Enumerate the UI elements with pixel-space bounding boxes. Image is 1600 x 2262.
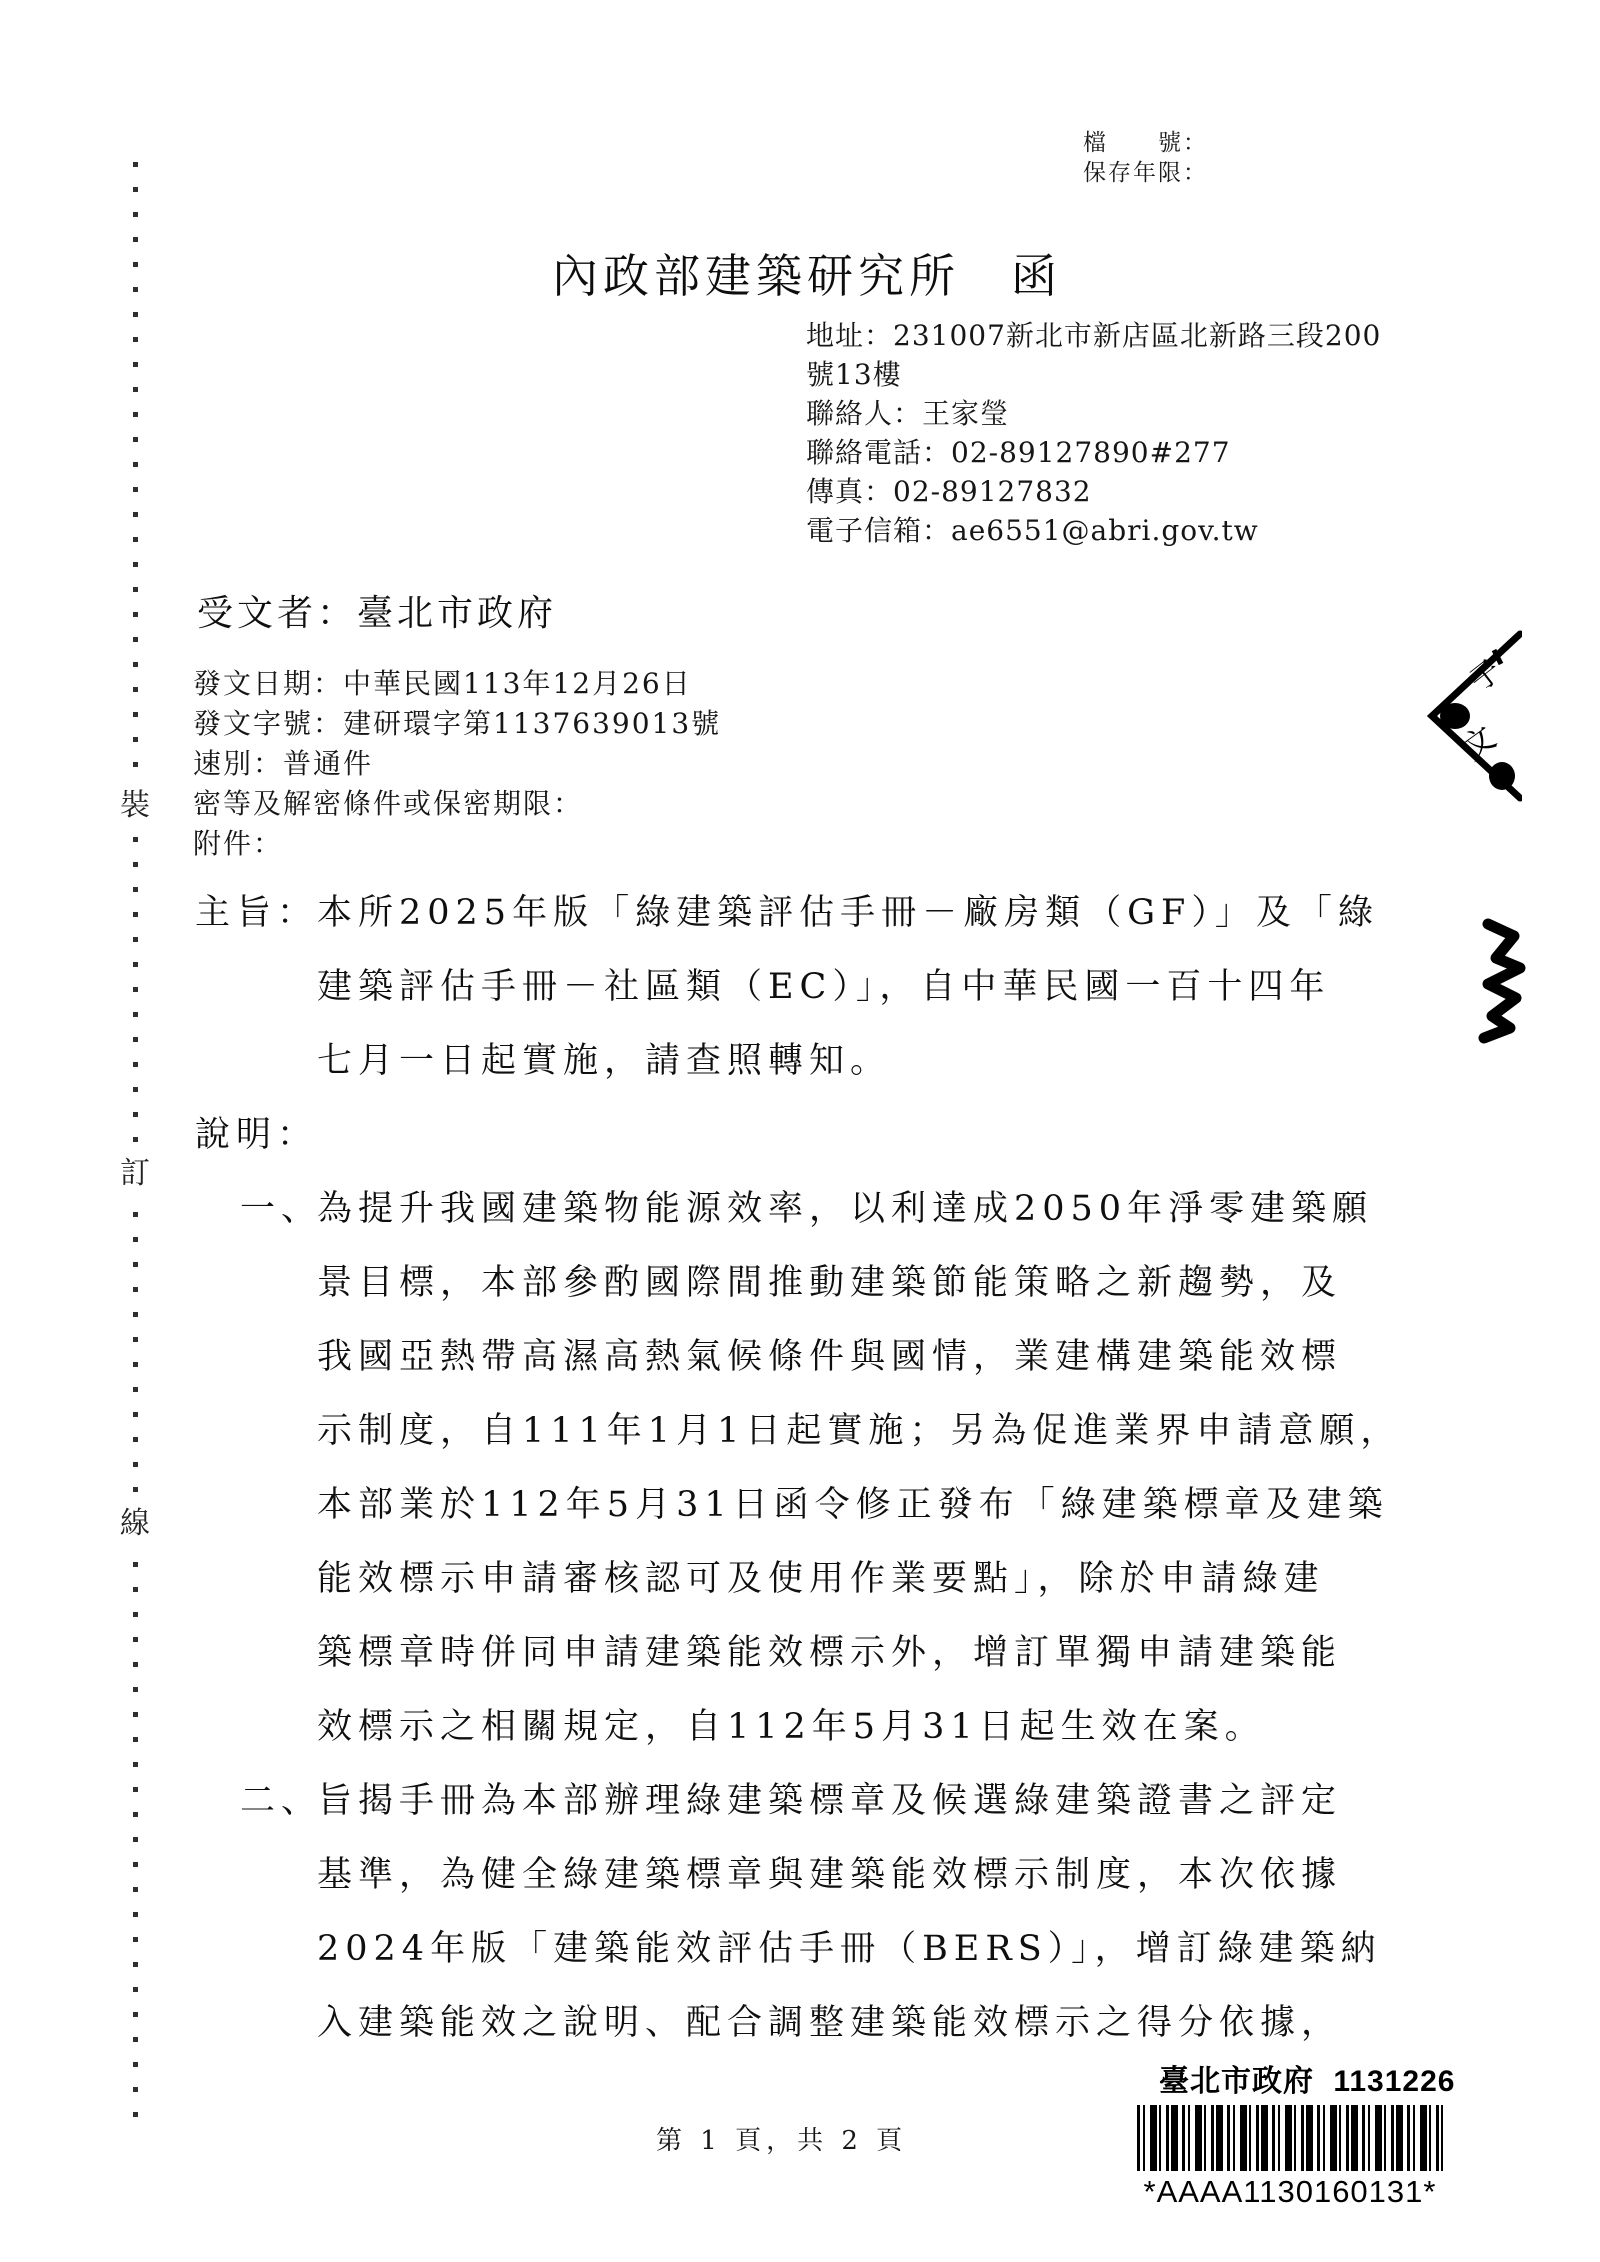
explanation-item-1: 一、 為提升我國建築物能源效率，以利達成2050年淨零建築願 景目標，本部參酌國…: [195, 1172, 1401, 1764]
subject-line: 七月一日起實施，請查照轉知。: [317, 1024, 1401, 1098]
binding-mark-zhuang: 裝: [114, 775, 156, 829]
file-no-label: 檔 號：: [1083, 128, 1208, 158]
ink-stamp-graphic: [1452, 916, 1532, 1046]
letter-body: 主旨： 本所2025年版「綠建築評估手冊－廠房類（GF）」及「綠 建築評估手冊－…: [195, 876, 1401, 2060]
issue-date: 發文日期：中華民國113年12月26日: [193, 664, 721, 704]
page-number-footer: 第 1 頁，共 2 頁: [656, 2120, 907, 2157]
recipient-line: 受文者：臺北市政府: [197, 585, 557, 636]
item-line: 旨揭手冊為本部辦理綠建築標章及候選綠建築證書之評定: [317, 1764, 1401, 1838]
subject-label: 主旨：: [195, 876, 318, 950]
item-line: 為提升我國建築物能源效率，以利達成2050年淨零建築願: [317, 1172, 1401, 1246]
exchange-stamp-graphic: 子 文: [1422, 628, 1522, 804]
binding-mark-ding: 訂: [114, 1143, 156, 1197]
retention-label: 保存年限：: [1083, 158, 1208, 188]
delivery-receipt-stamp: 臺北市政府 1131226 *AAAA1130160131*: [1137, 2056, 1443, 2210]
delivery-number: 1131226: [1333, 2065, 1455, 2098]
electronic-exchange-stamp: 子 文: [1422, 628, 1522, 808]
delivery-title: 臺北市政府 1131226: [1137, 2056, 1443, 2100]
subject-paragraph: 主旨： 本所2025年版「綠建築評估手冊－廠房類（GF）」及「綠 建築評估手冊－…: [195, 876, 1401, 1098]
item-line: 本部業於112年5月31日函令修正發布「綠建築標章及建築: [317, 1468, 1401, 1542]
document-title: 內政部建築研究所 函: [552, 240, 1062, 306]
item-line: 2024年版「建築能效評估手冊（BERS）」，增訂綠建築納: [317, 1912, 1401, 1986]
item-line: 示制度，自111年1月1日起實施；另為促進業界申請意願，: [317, 1394, 1401, 1468]
ink-squiggle: [1484, 924, 1520, 1038]
file-header: 檔 號： 保存年限：: [1083, 128, 1208, 188]
subject-line: 本所2025年版「綠建築評估手冊－廠房類（GF）」及「綠: [317, 876, 1401, 950]
stamp-ink-blot: [1440, 703, 1470, 729]
item-line: 基準，為健全綠建築標章與建築能效標示制度，本次依據: [317, 1838, 1401, 1912]
item-line: 入建築能效之說明、配合調整建築能效標示之得分依據，: [317, 1986, 1401, 2060]
sender-phone: 聯絡電話：02-89127890#277: [806, 433, 1381, 472]
item-number: 一、: [240, 1172, 322, 1246]
subject-line: 建築評估手冊－社區類（EC）」，自中華民國一百十四年: [317, 950, 1401, 1024]
sender-contact-person: 聯絡人：王家瑩: [806, 394, 1381, 433]
issue-number: 發文字號：建研環字第1137639013號: [193, 704, 721, 744]
security-class: 密等及解密條件或保密期限：: [193, 784, 721, 824]
scanned-official-letter-page: 裝 訂 線 檔 號： 保存年限： 內政部建築研究所 函 地址：231007新北市…: [0, 0, 1600, 2262]
delivery-agency: 臺北市政府: [1159, 2065, 1314, 2098]
sender-address-line1: 地址：231007新北市新店區北新路三段200: [806, 316, 1381, 355]
sender-address-line2: 號13樓: [806, 355, 1381, 394]
item-line: 景目標，本部參酌國際間推動建築節能策略之新趨勢，及: [317, 1246, 1401, 1320]
barcode: [1137, 2105, 1443, 2171]
barcode-text: *AAAA1130160131*: [1137, 2174, 1443, 2210]
item-line: 我國亞熱帶高濕高熱氣候條件與國情，業建構建築能效標: [317, 1320, 1401, 1394]
sender-fax: 傳真：02-89127832: [806, 472, 1381, 511]
sender-info-block: 地址：231007新北市新店區北新路三段200 號13樓 聯絡人：王家瑩 聯絡電…: [806, 316, 1381, 550]
item-line: 築標章時併同申請建築能效標示外，增訂單獨申請建築能: [317, 1616, 1401, 1690]
binding-dotted-line: [133, 162, 138, 2120]
binding-mark-xian: 線: [114, 1493, 156, 1547]
explanation-label: 說明：: [195, 1098, 1401, 1172]
sender-email: 電子信箱：ae6551@abri.gov.tw: [806, 511, 1381, 550]
item-line: 效標示之相關規定，自112年5月31日起生效在案。: [317, 1690, 1401, 1764]
ink-stamp-mark: [1452, 916, 1532, 1050]
attachment-label: 附件：: [193, 824, 721, 864]
speed-class: 速別：普通件: [193, 744, 721, 784]
document-meta-block: 發文日期：中華民國113年12月26日 發文字號：建研環字第1137639013…: [193, 664, 721, 864]
explanation-item-2: 二、 旨揭手冊為本部辦理綠建築標章及候選綠建築證書之評定 基準，為健全綠建築標章…: [195, 1764, 1401, 2060]
stamp-ink-blot: [1489, 762, 1515, 790]
item-number: 二、: [240, 1764, 322, 1838]
item-line: 能效標示申請審核認可及使用作業要點」，除於申請綠建: [317, 1542, 1401, 1616]
